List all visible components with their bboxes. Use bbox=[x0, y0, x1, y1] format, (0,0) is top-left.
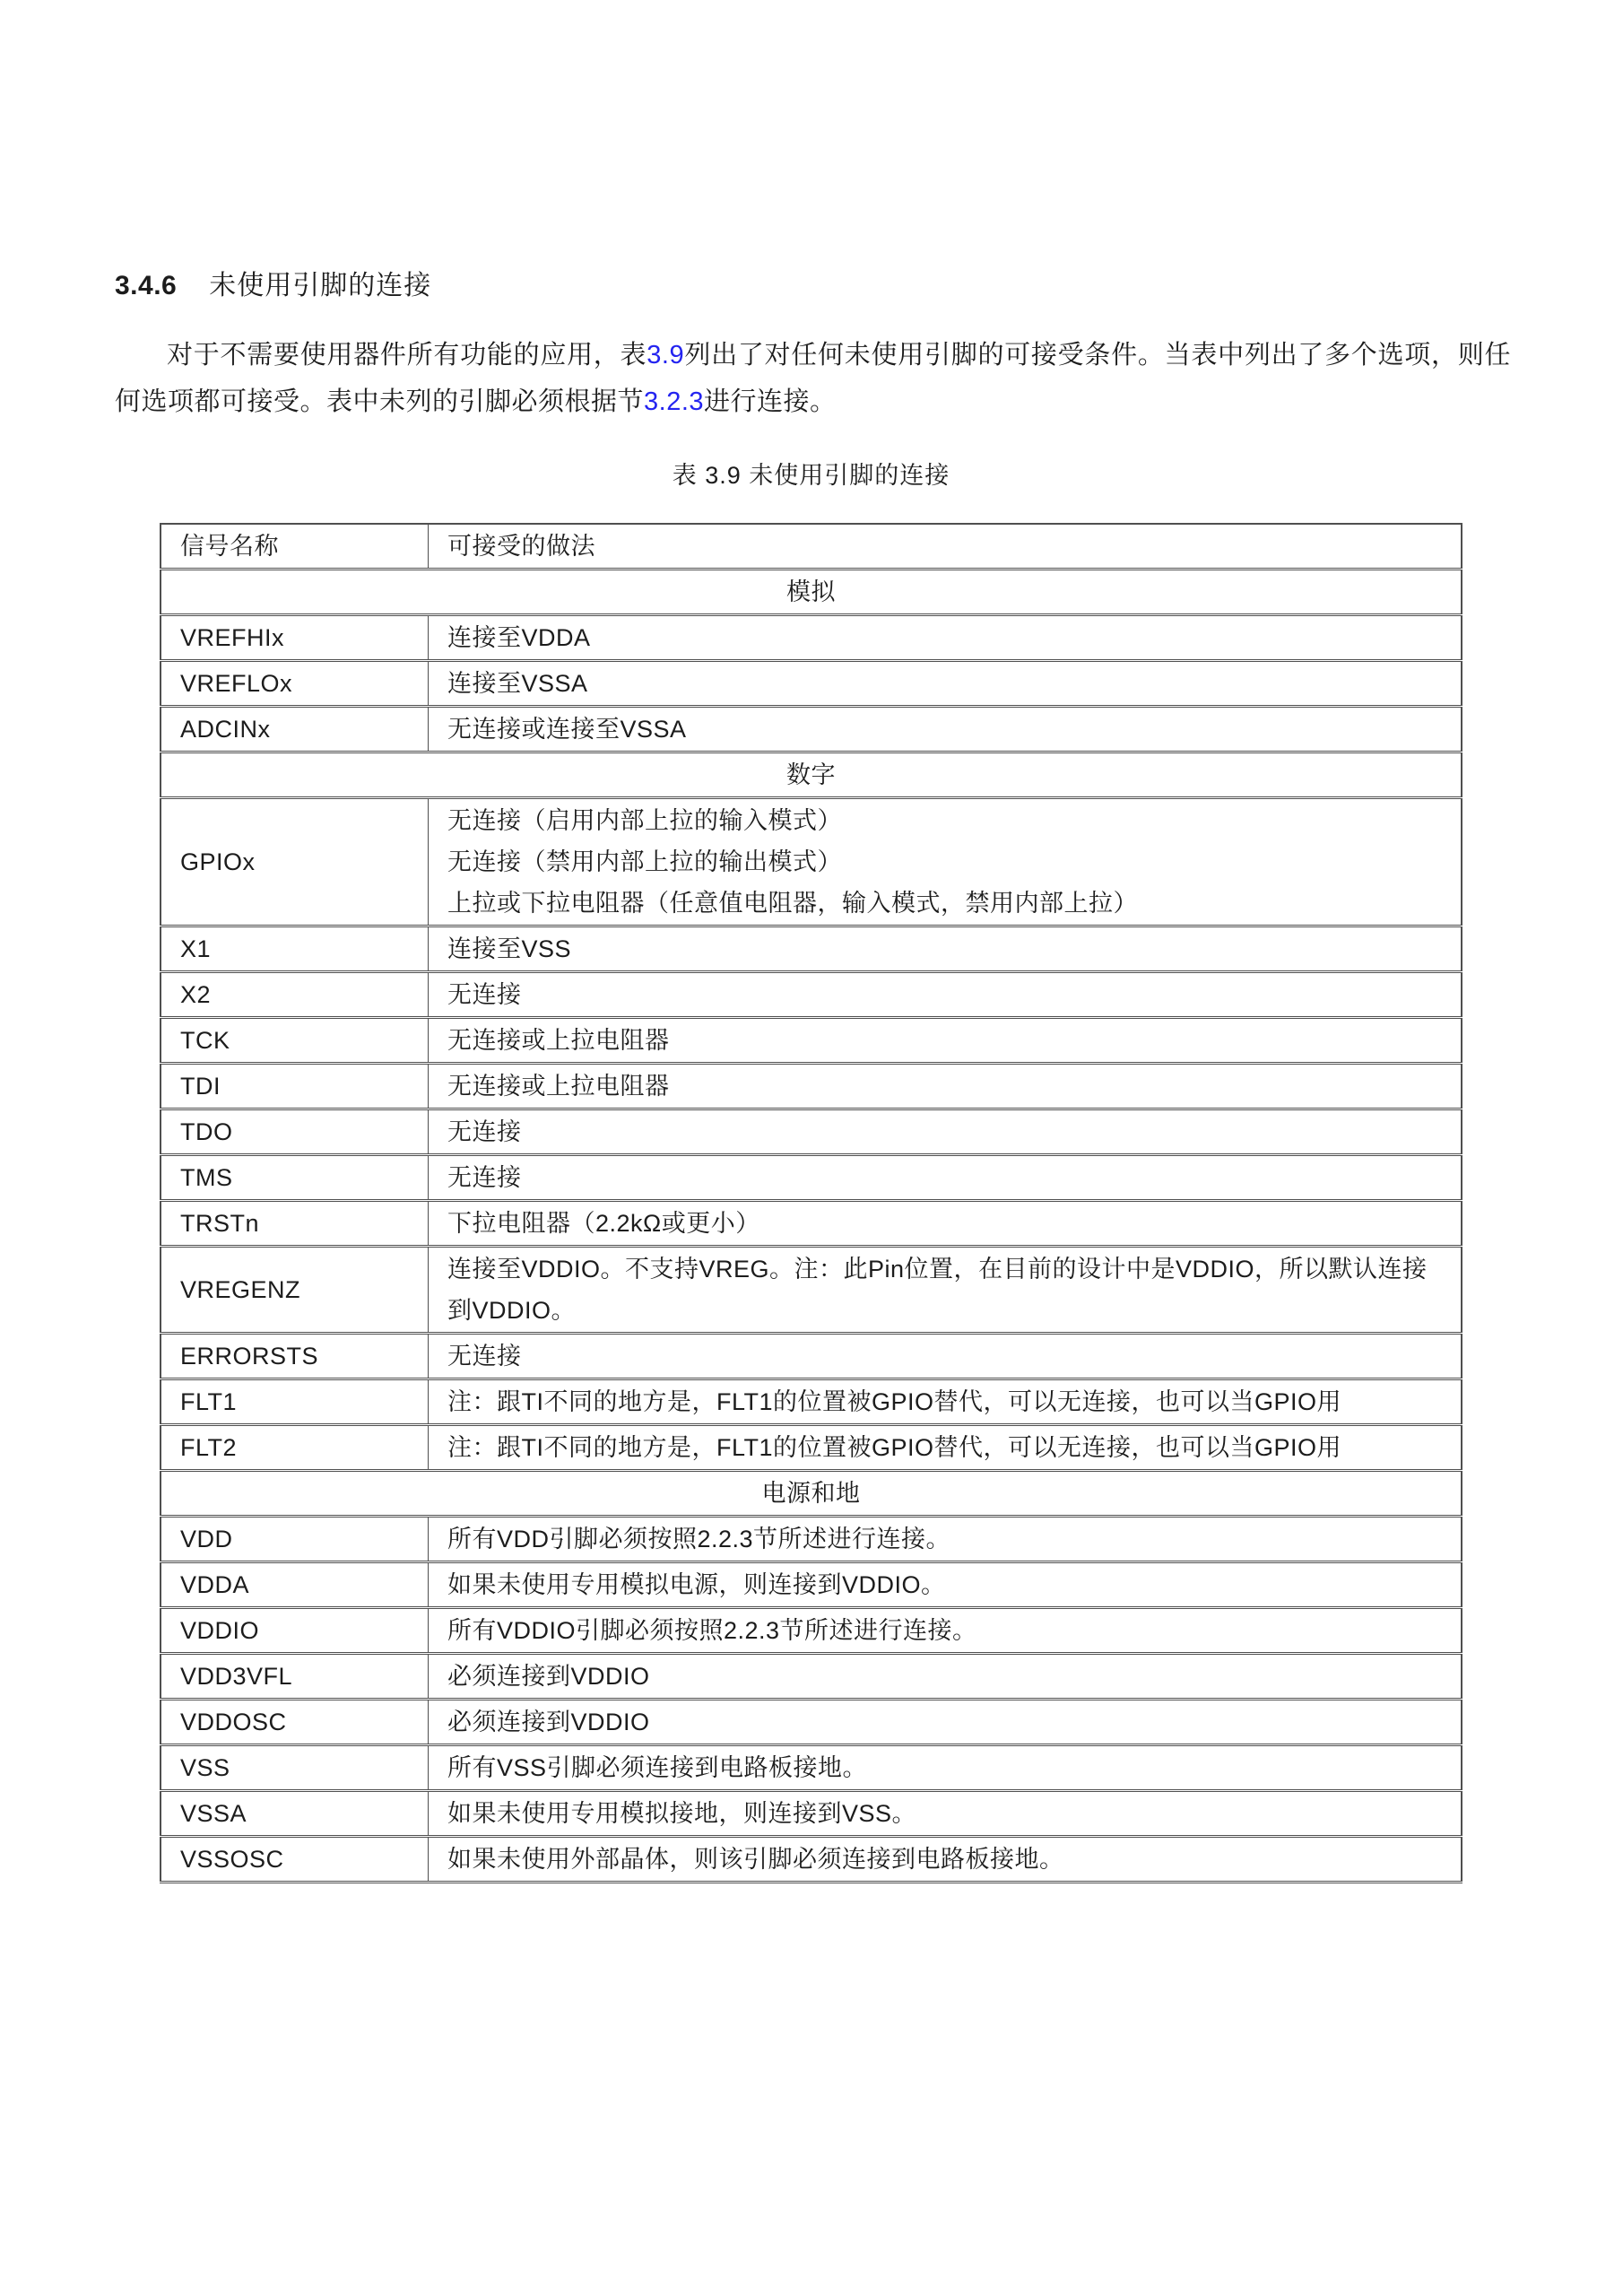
acceptable-practice-cell: 所有VSS引脚必须连接到电路板接地。 bbox=[429, 1745, 1462, 1791]
practice-line: 如果未使用专用模拟接地，则连接到VSS。 bbox=[447, 1793, 1442, 1834]
table-row: TDI无连接或上拉电阻器 bbox=[161, 1064, 1462, 1109]
table-row: VREGENZ连接至VDDIO。不支持VREG。注：此Pin位置，在目前的设计中… bbox=[161, 1247, 1462, 1334]
signal-name-cell: VSSOSC bbox=[161, 1837, 429, 1883]
table-section-label: 电源和地 bbox=[161, 1471, 1462, 1517]
signal-name-cell: VREGENZ bbox=[161, 1247, 429, 1334]
signal-name-cell: FLT1 bbox=[161, 1379, 429, 1425]
acceptable-practice-cell: 无连接 bbox=[429, 1109, 1462, 1155]
practice-line: 必须连接到VDDIO bbox=[447, 1701, 1442, 1743]
practice-line: 连接至VDDIO。不支持VREG。注：此Pin位置，在目前的设计中是VDDIO，… bbox=[447, 1248, 1442, 1331]
acceptable-practice-cell: 如果未使用专用模拟电源，则连接到VDDIO。 bbox=[429, 1562, 1462, 1608]
signal-name-cell: TCK bbox=[161, 1018, 429, 1064]
table-section-label: 数字 bbox=[161, 752, 1462, 798]
table-header-row: 信号名称 可接受的做法 bbox=[161, 524, 1462, 570]
signal-name-cell: VDDIO bbox=[161, 1608, 429, 1654]
paragraph-text: 对于不需要使用器件所有功能的应用，表 bbox=[167, 341, 647, 370]
acceptable-practice-cell: 所有VDD引脚必须按照2.2.3节所述进行连接。 bbox=[429, 1517, 1462, 1562]
practice-line: 无连接 bbox=[447, 974, 1442, 1015]
table-row: TMS无连接 bbox=[161, 1155, 1462, 1201]
acceptable-practice-cell: 无连接 bbox=[429, 1334, 1462, 1379]
acceptable-practice-cell: 无连接或连接至VSSA bbox=[429, 707, 1462, 752]
table-3-9-link[interactable]: 3.9 bbox=[647, 341, 684, 370]
table-row: TDO无连接 bbox=[161, 1109, 1462, 1155]
practice-line: 注：跟TI不同的地方是，FLT1的位置被GPIO替代，可以无连接，也可以当GPI… bbox=[447, 1427, 1442, 1468]
practice-line: 无连接（启用内部上拉的输入模式） bbox=[447, 800, 1442, 841]
table-caption: 表 3.9 未使用引脚的连接 bbox=[160, 456, 1462, 491]
table-row: VSSOSC如果未使用外部晶体，则该引脚必须连接到电路板接地。 bbox=[161, 1837, 1462, 1883]
practice-line: 无连接或上拉电阻器 bbox=[447, 1020, 1442, 1061]
signal-name-cell: TDI bbox=[161, 1064, 429, 1109]
signal-name-cell: VSSA bbox=[161, 1791, 429, 1837]
acceptable-practice-cell: 连接至VSSA bbox=[429, 661, 1462, 707]
table-section-row: 数字 bbox=[161, 752, 1462, 798]
signal-name-cell: ERRORSTS bbox=[161, 1334, 429, 1379]
table-row: VDDOSC必须连接到VDDIO bbox=[161, 1700, 1462, 1745]
acceptable-practice-cell: 如果未使用专用模拟接地，则连接到VSS。 bbox=[429, 1791, 1462, 1837]
practice-line: 必须连接到VDDIO bbox=[447, 1656, 1442, 1697]
signal-name-cell: VDD bbox=[161, 1517, 429, 1562]
signal-name-cell: VDDOSC bbox=[161, 1700, 429, 1745]
column-header-signal-name: 信号名称 bbox=[161, 524, 429, 570]
document-page: 3.4.6未使用引脚的连接 对于不需要使用器件所有功能的应用，表3.9列出了对任… bbox=[0, 0, 1623, 2296]
table-section-label: 模拟 bbox=[161, 570, 1462, 615]
acceptable-practice-cell: 无连接（启用内部上拉的输入模式）无连接（禁用内部上拉的输出模式）上拉或下拉电阻器… bbox=[429, 798, 1462, 926]
acceptable-practice-cell: 必须连接到VDDIO bbox=[429, 1654, 1462, 1700]
signal-name-cell: GPIOx bbox=[161, 798, 429, 926]
signal-name-cell: VDD3VFL bbox=[161, 1654, 429, 1700]
signal-name-cell: VDDA bbox=[161, 1562, 429, 1608]
practice-line: 无连接或连接至VSSA bbox=[447, 709, 1442, 750]
acceptable-practice-cell: 注：跟TI不同的地方是，FLT1的位置被GPIO替代，可以无连接，也可以当GPI… bbox=[429, 1425, 1462, 1471]
practice-line: 下拉电阻器（2.2kΩ或更小） bbox=[447, 1203, 1442, 1244]
acceptable-practice-cell: 所有VDDIO引脚必须按照2.2.3节所述进行连接。 bbox=[429, 1608, 1462, 1654]
table-body: 模拟VREFHIx连接至VDDAVREFLOx连接至VSSAADCINx无连接或… bbox=[161, 570, 1462, 1883]
acceptable-practice-cell: 连接至VDDA bbox=[429, 615, 1462, 661]
table-section-row: 电源和地 bbox=[161, 1471, 1462, 1517]
unused-pins-table: 信号名称 可接受的做法 模拟VREFHIx连接至VDDAVREFLOx连接至VS… bbox=[160, 523, 1462, 1883]
table-row: X2无连接 bbox=[161, 972, 1462, 1018]
section-3-2-3-link[interactable]: 3.2.3 bbox=[644, 387, 704, 416]
signal-name-cell: X2 bbox=[161, 972, 429, 1018]
section-number: 3.4.6 bbox=[115, 271, 177, 300]
acceptable-practice-cell: 连接至VSS bbox=[429, 926, 1462, 972]
table-head: 信号名称 可接受的做法 bbox=[161, 524, 1462, 570]
practice-line: 连接至VDDA bbox=[447, 617, 1442, 658]
signal-name-cell: VREFHIx bbox=[161, 615, 429, 661]
paragraph-text: 进行连接。 bbox=[704, 387, 837, 416]
acceptable-practice-cell: 无连接或上拉电阻器 bbox=[429, 1064, 1462, 1109]
table-row: VDDIO所有VDDIO引脚必须按照2.2.3节所述进行连接。 bbox=[161, 1608, 1462, 1654]
signal-name-cell: VREFLOx bbox=[161, 661, 429, 707]
table-row: VDD3VFL必须连接到VDDIO bbox=[161, 1654, 1462, 1700]
practice-line: 如果未使用专用模拟电源，则连接到VDDIO。 bbox=[447, 1564, 1442, 1605]
table-row: VSS所有VSS引脚必须连接到电路板接地。 bbox=[161, 1745, 1462, 1791]
section-title: 未使用引脚的连接 bbox=[209, 271, 431, 300]
practice-line: 注：跟TI不同的地方是，FLT1的位置被GPIO替代，可以无连接，也可以当GPI… bbox=[447, 1381, 1442, 1422]
table-row: ERRORSTS无连接 bbox=[161, 1334, 1462, 1379]
signal-name-cell: VSS bbox=[161, 1745, 429, 1791]
table-row: VREFHIx连接至VDDA bbox=[161, 615, 1462, 661]
acceptable-practice-cell: 无连接或上拉电阻器 bbox=[429, 1018, 1462, 1064]
table-row: FLT2注：跟TI不同的地方是，FLT1的位置被GPIO替代，可以无连接，也可以… bbox=[161, 1425, 1462, 1471]
table-row: VDDA如果未使用专用模拟电源，则连接到VDDIO。 bbox=[161, 1562, 1462, 1608]
table-row: ADCINx无连接或连接至VSSA bbox=[161, 707, 1462, 752]
intro-paragraph: 对于不需要使用器件所有功能的应用，表3.9列出了对任何未使用引脚的可接受条件。当… bbox=[115, 332, 1511, 425]
acceptable-practice-cell: 如果未使用外部晶体，则该引脚必须连接到电路板接地。 bbox=[429, 1837, 1462, 1883]
signal-name-cell: TMS bbox=[161, 1155, 429, 1201]
practice-line: 如果未使用外部晶体，则该引脚必须连接到电路板接地。 bbox=[447, 1839, 1442, 1880]
signal-name-cell: TRSTn bbox=[161, 1201, 429, 1247]
table-row: TRSTn下拉电阻器（2.2kΩ或更小） bbox=[161, 1201, 1462, 1247]
table-row: X1连接至VSS bbox=[161, 926, 1462, 972]
practice-line: 无连接（禁用内部上拉的输出模式） bbox=[447, 841, 1442, 883]
acceptable-practice-cell: 必须连接到VDDIO bbox=[429, 1700, 1462, 1745]
practice-line: 连接至VSS bbox=[447, 928, 1442, 970]
practice-line: 所有VSS引脚必须连接到电路板接地。 bbox=[447, 1747, 1442, 1788]
practice-line: 无连接或上拉电阻器 bbox=[447, 1065, 1442, 1107]
table-row: TCK无连接或上拉电阻器 bbox=[161, 1018, 1462, 1064]
table-row: VSSA如果未使用专用模拟接地，则连接到VSS。 bbox=[161, 1791, 1462, 1837]
table-row: GPIOx无连接（启用内部上拉的输入模式）无连接（禁用内部上拉的输出模式）上拉或… bbox=[161, 798, 1462, 926]
signal-name-cell: FLT2 bbox=[161, 1425, 429, 1471]
practice-line: 无连接 bbox=[447, 1335, 1442, 1377]
acceptable-practice-cell: 注：跟TI不同的地方是，FLT1的位置被GPIO替代，可以无连接，也可以当GPI… bbox=[429, 1379, 1462, 1425]
acceptable-practice-cell: 下拉电阻器（2.2kΩ或更小） bbox=[429, 1201, 1462, 1247]
table-row: VREFLOx连接至VSSA bbox=[161, 661, 1462, 707]
table-row: FLT1注：跟TI不同的地方是，FLT1的位置被GPIO替代，可以无连接，也可以… bbox=[161, 1379, 1462, 1425]
practice-line: 无连接 bbox=[447, 1157, 1442, 1198]
acceptable-practice-cell: 无连接 bbox=[429, 972, 1462, 1018]
practice-line: 连接至VSSA bbox=[447, 663, 1442, 704]
column-header-acceptable-practice: 可接受的做法 bbox=[429, 524, 1462, 570]
acceptable-practice-cell: 无连接 bbox=[429, 1155, 1462, 1201]
practice-line: 上拉或下拉电阻器（任意值电阻器，输入模式，禁用内部上拉） bbox=[447, 883, 1442, 924]
acceptable-practice-cell: 连接至VDDIO。不支持VREG。注：此Pin位置，在目前的设计中是VDDIO，… bbox=[429, 1247, 1462, 1334]
signal-name-cell: TDO bbox=[161, 1109, 429, 1155]
signal-name-cell: ADCINx bbox=[161, 707, 429, 752]
table-section-row: 模拟 bbox=[161, 570, 1462, 615]
table-row: VDD所有VDD引脚必须按照2.2.3节所述进行连接。 bbox=[161, 1517, 1462, 1562]
practice-line: 无连接 bbox=[447, 1111, 1442, 1152]
section-heading: 3.4.6未使用引脚的连接 bbox=[115, 0, 1623, 303]
practice-line: 所有VDDIO引脚必须按照2.2.3节所述进行连接。 bbox=[447, 1610, 1442, 1651]
practice-line: 所有VDD引脚必须按照2.2.3节所述进行连接。 bbox=[447, 1518, 1442, 1560]
signal-name-cell: X1 bbox=[161, 926, 429, 972]
